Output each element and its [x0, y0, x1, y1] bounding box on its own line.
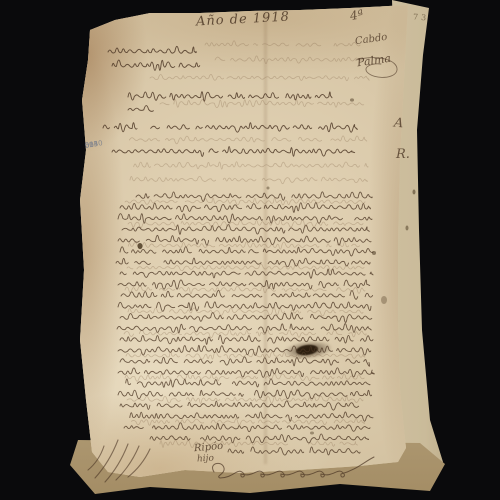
- margin-initial-a: A: [393, 116, 404, 132]
- corner-mark: 4ª: [349, 7, 365, 23]
- folio-number: 73: [413, 12, 430, 22]
- vertical-fold-crease: [264, 12, 267, 464]
- margin-initial-r: R.: [396, 147, 410, 162]
- manuscript-photo: Año de 1918 4ª Cabdo Palma A R. Ripóo hi…: [0, 0, 500, 500]
- closing-word-2: hijo: [197, 454, 214, 465]
